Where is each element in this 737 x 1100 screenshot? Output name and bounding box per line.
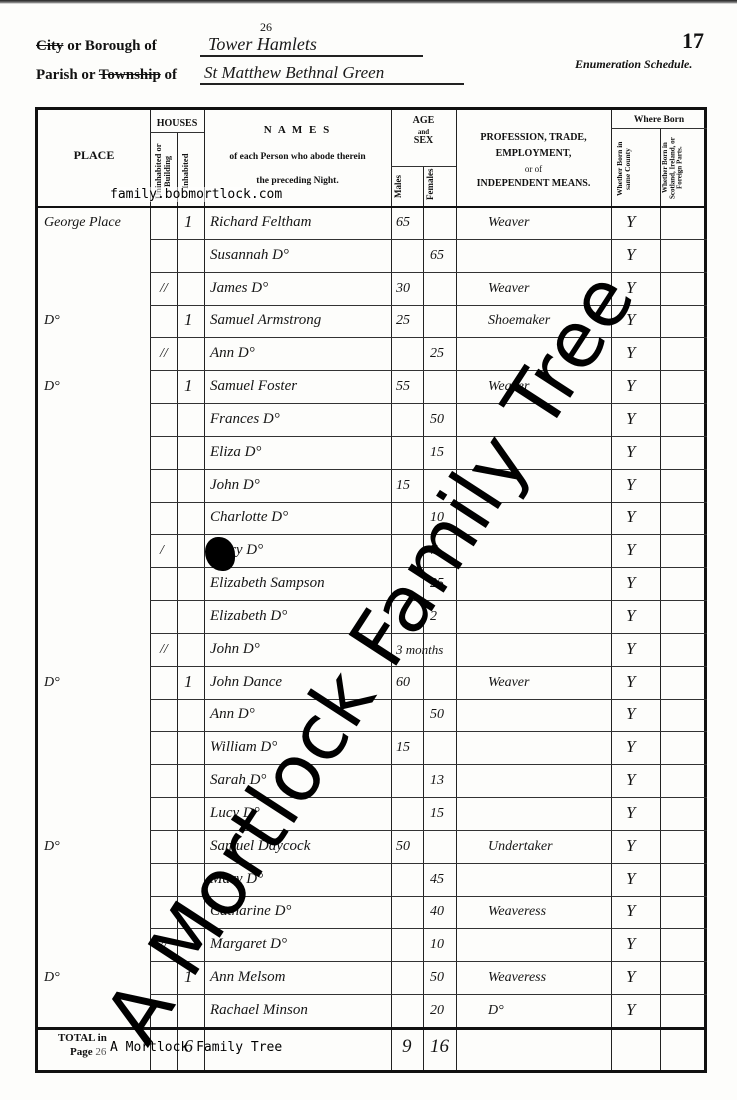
females-age-cell: 15 [430, 806, 444, 822]
name-cell: Ann D° [210, 345, 255, 362]
place-cell: George Place [44, 215, 121, 231]
header-where-born: Where Born [611, 115, 707, 125]
born-same-county-cell: Y [626, 540, 635, 560]
header-profession-2: EMPLOYMENT, [456, 148, 611, 159]
name-cell: Rachael Minson [210, 1002, 308, 1019]
place-cell: D° [44, 675, 60, 691]
header-houses: HOUSES [150, 118, 204, 129]
name-cell: Elizabeth Sampson [210, 575, 325, 592]
total-page-ref: 26 [95, 1046, 106, 1058]
name-cell: John D° [210, 477, 260, 494]
schedule-label: Enumeration Schedule. [575, 57, 692, 72]
header-divider [611, 128, 707, 129]
inhabited-cell: 1 [184, 310, 193, 330]
header-sex: SEX [391, 135, 456, 146]
males-age-cell: 15 [396, 478, 410, 494]
house-mark-cell: / [160, 543, 164, 559]
name-cell: Richard Feltham [210, 214, 312, 231]
born-same-county-cell: Y [626, 704, 635, 724]
profession-cell: Weaver [488, 675, 529, 691]
females-age-cell: 50 [430, 970, 444, 986]
born-same-county-cell: Y [626, 573, 635, 593]
total-females: 16 [430, 1036, 449, 1058]
females-age-cell: 50 [430, 707, 444, 723]
table-row: /Mary D°7Y [38, 534, 707, 567]
borough-label-struck: City [36, 38, 64, 54]
males-age-cell: 50 [396, 839, 410, 855]
born-same-county-cell: Y [626, 475, 635, 495]
house-mark-cell: // [160, 642, 168, 658]
females-age-cell: 40 [430, 904, 444, 920]
females-age-cell: 15 [430, 445, 444, 461]
born-same-county-cell: Y [626, 1000, 635, 1020]
name-cell: Samuel Foster [210, 378, 297, 395]
born-same-county-cell: Y [626, 737, 635, 757]
born-same-county-cell: Y [626, 869, 635, 889]
name-cell: John Dance [210, 674, 282, 691]
sheet-number: 26 [260, 20, 272, 35]
inhabited-cell: 1 [184, 376, 193, 396]
born-same-county-cell: Y [626, 836, 635, 856]
name-cell: Susannah D° [210, 247, 289, 264]
watermark-footer: A Mortlock Family Tree [110, 1040, 282, 1055]
table-row: Catharine D°40WeaveressY [38, 896, 707, 929]
born-same-county-cell: Y [626, 803, 635, 823]
table-row: John D°15Y [38, 469, 707, 502]
place-cell: D° [44, 839, 60, 855]
name-cell: Ann D° [210, 706, 255, 723]
born-same-county-cell: Y [626, 770, 635, 790]
place-cell: D° [44, 970, 60, 986]
header-names-sub1: of each Person who abode therein [204, 152, 391, 162]
parish-label-end: of [161, 67, 177, 83]
profession-cell: Weaver [488, 215, 529, 231]
born-same-county-cell: Y [626, 212, 635, 232]
profession-cell: D° [488, 1003, 504, 1019]
name-cell: Charlotte D° [210, 509, 288, 526]
born-same-county-cell: Y [626, 409, 635, 429]
borough-line: City or Borough of [36, 38, 157, 55]
born-same-county-cell: Y [626, 507, 635, 527]
header-place: PLACE [38, 148, 150, 163]
name-cell: James D° [210, 280, 268, 297]
parish-value: St Matthew Bethnal Green [200, 63, 464, 85]
profession-cell: Weaveress [488, 904, 546, 920]
born-same-county-cell: Y [626, 639, 635, 659]
header-names-sub2: the preceding Night. [204, 176, 391, 186]
females-age-cell: 65 [430, 248, 444, 264]
scan-edge [0, 0, 737, 4]
place-cell: D° [44, 313, 60, 329]
header-age: AGE [391, 115, 456, 126]
header-profession-3: or of [456, 164, 611, 174]
name-cell: Samuel Armstrong [210, 312, 321, 329]
born-same-county-cell: Y [626, 376, 635, 396]
house-mark-cell: // [160, 346, 168, 362]
born-same-county-cell: Y [626, 967, 635, 987]
name-cell: Eliza D° [210, 444, 261, 461]
table-row: Lucy D°15Y [38, 797, 707, 830]
header-names: N A M E S [204, 124, 391, 136]
born-same-county-cell: Y [626, 343, 635, 363]
header-born-same-county: Whether Born in same County [616, 134, 656, 204]
table-row: Frances D°50Y [38, 403, 707, 436]
profession-cell: Weaveress [488, 970, 546, 986]
born-same-county-cell: Y [626, 245, 635, 265]
males-age-cell: 30 [396, 281, 410, 297]
borough-value: Tower Hamlets [200, 34, 423, 57]
table-row: Sarah D°13Y [38, 764, 707, 797]
profession-cell: Undertaker [488, 839, 553, 855]
born-same-county-cell: Y [626, 901, 635, 921]
table-row: Eliza D°15Y [38, 436, 707, 469]
males-age-cell: 55 [396, 379, 410, 395]
header-profession-1: PROFESSION, TRADE, [456, 132, 611, 143]
males-age-cell: 15 [396, 740, 410, 756]
table-row: George Place1Richard Feltham65WeaverY [38, 206, 707, 239]
born-same-county-cell: Y [626, 672, 635, 692]
page-number: 17 [682, 28, 704, 54]
name-cell: John D° [210, 641, 260, 658]
header-divider [150, 132, 204, 133]
watermark-site: family.bobmortlock.com [110, 187, 282, 202]
header-born-foreign: Whether Born in Scotland, Ireland, or Fo… [662, 132, 702, 204]
born-same-county-cell: Y [626, 442, 635, 462]
parish-label-struck: Township [99, 67, 161, 83]
inhabited-cell: 1 [184, 672, 193, 692]
parish-line: Parish or Township of [36, 67, 177, 84]
females-age-cell: 10 [430, 937, 444, 953]
females-age-cell: 13 [430, 773, 444, 789]
name-cell: Elizabeth D° [210, 608, 287, 625]
males-age-cell: 65 [396, 215, 410, 231]
females-age-cell: 20 [430, 1003, 444, 1019]
total-label-2: Page [70, 1046, 93, 1058]
name-cell: Frances D° [210, 411, 280, 428]
header-males: Males [394, 170, 420, 204]
females-age-cell: 50 [430, 412, 444, 428]
born-same-county-cell: Y [626, 934, 635, 954]
parish-label: Parish or [36, 67, 99, 83]
header-females: Females [426, 164, 452, 204]
total-label-1: TOTAL in [58, 1032, 107, 1044]
females-age-cell: 45 [430, 872, 444, 888]
inhabited-cell: 1 [184, 212, 193, 232]
table-row: Susannah D°65Y [38, 239, 707, 272]
table-row: Mary D°45Y [38, 863, 707, 896]
name-cell: Ann Melsom [210, 969, 285, 986]
table-row: Charlotte D°10Y [38, 502, 707, 535]
house-mark-cell: // [160, 281, 168, 297]
males-age-cell: 25 [396, 313, 410, 329]
total-males: 9 [402, 1036, 412, 1058]
profession-cell: Weaver [488, 281, 529, 297]
females-age-cell: 25 [430, 346, 444, 362]
header-profession-4: INDEPENDENT MEANS. [456, 178, 611, 189]
born-same-county-cell: Y [626, 606, 635, 626]
borough-label: or Borough of [64, 38, 157, 54]
table-row: D°Samuel Daycock50UndertakerY [38, 830, 707, 863]
place-cell: D° [44, 379, 60, 395]
